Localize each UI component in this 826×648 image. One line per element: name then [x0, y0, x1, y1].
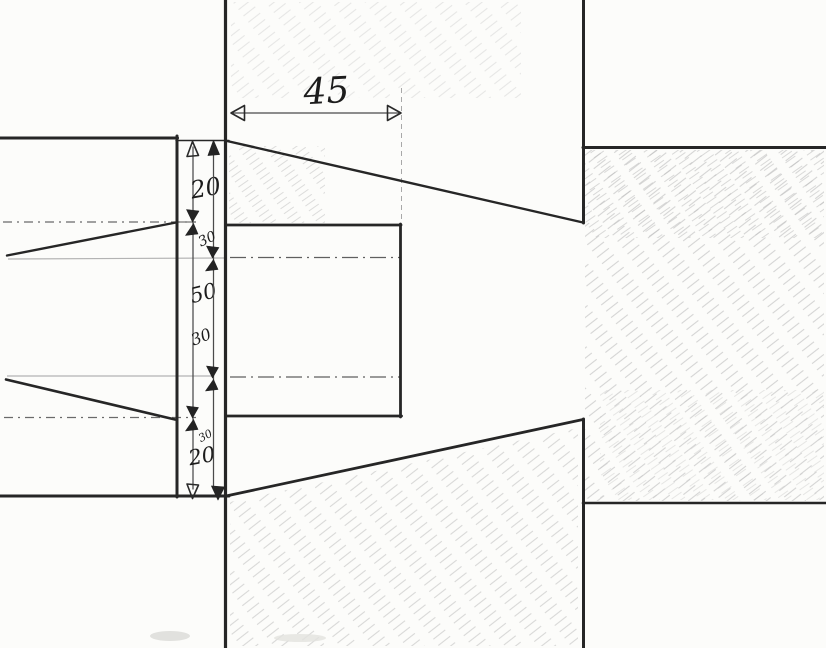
arrow-down-icon — [212, 486, 225, 500]
dimension-tick-icon — [207, 246, 220, 258]
technical-sketch: 45 20 50 20 30 30 30 — [0, 0, 826, 648]
left-lower-taper — [6, 380, 175, 420]
dimension-tick-icon — [187, 210, 200, 223]
left-upper-taper — [7, 223, 176, 256]
dim-30-middle-label: 30 — [188, 324, 214, 349]
hatch-right-top-band — [585, 150, 824, 238]
dimension-tick-icon — [206, 260, 219, 272]
dim-20-bottom-label: 20 — [186, 442, 217, 470]
guide-line-upper — [8, 258, 224, 259]
sketch-canvas: 45 20 50 20 30 30 30 — [0, 0, 826, 648]
hatch-top-strip — [231, 2, 521, 98]
hatch-bottom-taper-region — [230, 428, 578, 646]
dimension-chain-left: 20 50 20 — [186, 142, 224, 499]
hatch-upper-wedge — [229, 146, 325, 223]
dimension-tick-icon — [186, 224, 199, 236]
dim-50-label: 50 — [187, 278, 219, 308]
dimension-tick-icon — [206, 380, 219, 392]
arrow-up-icon — [208, 141, 220, 156]
pencil-hatching — [150, 2, 824, 646]
pencil-smudge — [150, 631, 190, 641]
dim-20-top-label: 20 — [187, 172, 223, 205]
hatch-right-bottom-band — [600, 390, 824, 500]
dimension-tick-icon — [187, 406, 199, 418]
dim-45-label: 45 — [301, 70, 350, 113]
pencil-smudge — [274, 634, 326, 642]
dimension-tick-icon — [186, 420, 199, 432]
